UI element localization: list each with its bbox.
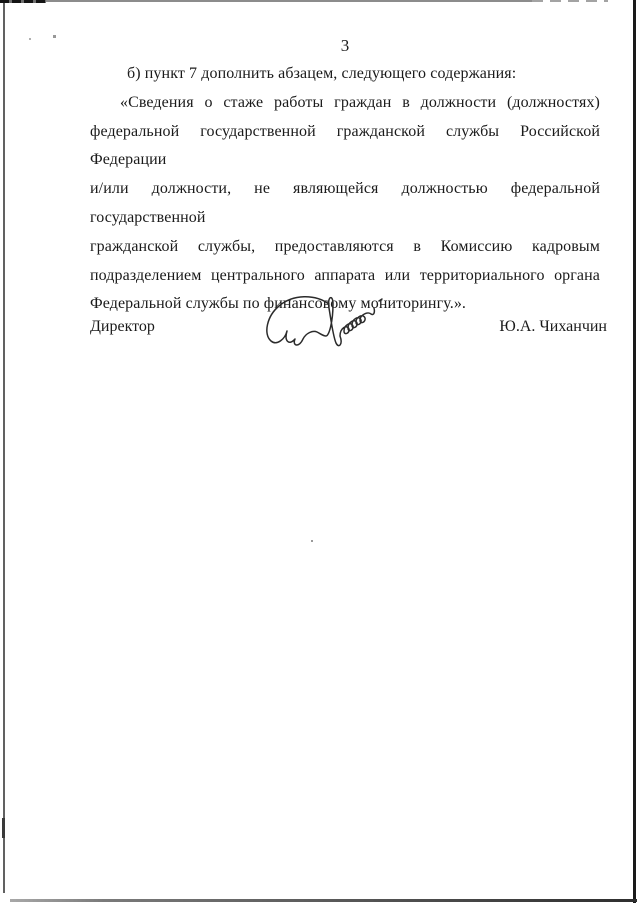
scan-edge-bottom xyxy=(10,899,637,902)
signature-name: Ю.А. Чиханчин xyxy=(499,316,607,338)
scan-speck xyxy=(29,38,31,40)
scan-edge-top-dashes-right xyxy=(532,0,608,2)
body-line: подразделением центрального аппарата или… xyxy=(90,262,600,291)
signature-scrawl-icon xyxy=(263,292,385,350)
document-page: 3 б) пункт 7 дополнить абзацем, следующе… xyxy=(0,0,640,905)
scan-edge-left-blob xyxy=(2,818,5,838)
scan-edge-left xyxy=(3,3,5,893)
document-body: б) пункт 7 дополнить абзацем, следующего… xyxy=(90,60,600,319)
body-line: гражданской службы, предоставляются в Ко… xyxy=(90,233,600,262)
scan-speck xyxy=(311,540,313,542)
body-line: «Сведения о стаже работы граждан в должн… xyxy=(90,89,600,118)
paragraph-intro-line: б) пункт 7 дополнить абзацем, следующего… xyxy=(90,60,600,89)
scan-speck xyxy=(53,35,56,38)
body-line: федеральной государственной гражданской … xyxy=(90,118,600,176)
scan-edge-top-dashes xyxy=(0,0,46,3)
scan-edge-top-line xyxy=(46,0,532,2)
scan-edge-right xyxy=(633,0,636,903)
page-number: 3 xyxy=(90,36,600,56)
body-line: и/или должности, не являющейся должность… xyxy=(90,175,600,233)
signature-role: Директор xyxy=(90,316,155,338)
